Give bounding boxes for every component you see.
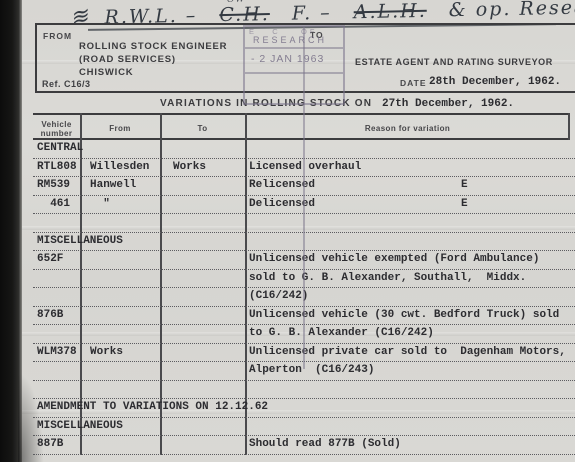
cell-vehicle-number: RM539 [37, 179, 70, 191]
table-row: 887B Should read 877B (Sold) [33, 436, 575, 455]
column-header-from: From [80, 115, 160, 142]
date-label: DATE [400, 78, 427, 88]
cell-vehicle-number: MISCELLANEOUS [37, 420, 123, 432]
cell-reason: Relicensed [249, 179, 315, 191]
from-label: FROM [43, 31, 72, 41]
cell-vehicle-number: 461 [37, 198, 70, 210]
table-row: AMENDMENT TO VARIATIONS ON 12.12.62 [33, 399, 575, 418]
cell-vehicle-number: CENTRAL [37, 142, 83, 154]
cell-from: Willesden [90, 161, 149, 173]
scanned-memo: { "document": { "handwriting": { "mark":… [0, 0, 575, 462]
table-row [33, 381, 575, 400]
handwriting-segment: & op. Research [449, 0, 575, 21]
cell-reason: (C16/242) [249, 290, 308, 302]
cell-from: Hanwell [90, 179, 136, 191]
cell-reason: Unlicensed vehicle exempted (Ford Ambula… [249, 253, 539, 265]
stamp-office-name: RESEARCH [253, 35, 327, 45]
sender-line: CHISWICK [79, 66, 227, 79]
cell-vehicle-number: 652F [37, 253, 63, 265]
table-row: MISCELLANEOUS [33, 418, 575, 437]
cell-from: Works [90, 346, 123, 358]
cell-reason: Should read 877B (Sold) [249, 438, 401, 450]
cell-e-mark: E [461, 179, 468, 191]
cell-vehicle-number: 887B [37, 438, 63, 450]
date-value: 28th December, 1962. [429, 76, 561, 88]
stamp-date: - 2 JAN 1963 [251, 53, 324, 65]
column-header-to: To [160, 115, 245, 142]
cell-vehicle-number: MISCELLANEOUS [37, 235, 123, 247]
reference-number: Ref. C16/3 [42, 79, 91, 89]
received-date-stamp: E C OF RESEARCH - 2 JAN 1963 [243, 25, 345, 105]
cell-reason: Unlicensed vehicle (30 cwt. Bedford Truc… [249, 309, 559, 321]
stamp-grid-line [303, 27, 305, 369]
stamp-grid-line [245, 72, 343, 74]
table-header: Vehicle number From To Reason for variat… [33, 113, 570, 140]
cell-vehicle-number: RTL808 [37, 161, 77, 173]
cell-reason: sold to G. B. Alexander, Southall, Middx… [249, 272, 526, 284]
cell-reason: Unlicensed private car sold to Dagenham … [249, 346, 566, 358]
sender-address: ROLLING STOCK ENGINEER (ROAD SERVICES) C… [79, 40, 227, 79]
cell-vehicle-number: WLM378 [37, 346, 77, 358]
handwriting-segment: F. – [292, 2, 332, 25]
recipient: ESTATE AGENT AND RATING SURVEYOR [355, 57, 553, 67]
handwriting-segment-struck: MORA.L.H. [353, 0, 426, 23]
cell-reason: Licensed overhaul [249, 161, 361, 173]
cell-vehicle-number: 876B [37, 309, 63, 321]
sender-line: (ROAD SERVICES) [79, 53, 227, 66]
cell-vehicle-number: AMENDMENT TO VARIATIONS ON 12.12.62 [37, 401, 268, 413]
cell-e-mark: E [461, 198, 468, 210]
cell-from: " [90, 198, 110, 210]
cell-reason: Delicensed [249, 198, 315, 210]
sender-line: ROLLING STOCK ENGINEER [79, 40, 227, 53]
title-typed-date: 27th December, 1962. [382, 98, 514, 110]
cell-to: Works [173, 161, 206, 173]
column-header-vehicle-number: Vehicle number [33, 115, 80, 142]
cell-reason: to G. B. Alexander (C16/242) [249, 327, 434, 339]
column-header-reason: Reason for variation [245, 115, 570, 142]
stamp-grid-line [245, 47, 343, 49]
cell-reason: Alperton (C16/243) [249, 364, 374, 376]
table-right-border [568, 113, 570, 140]
